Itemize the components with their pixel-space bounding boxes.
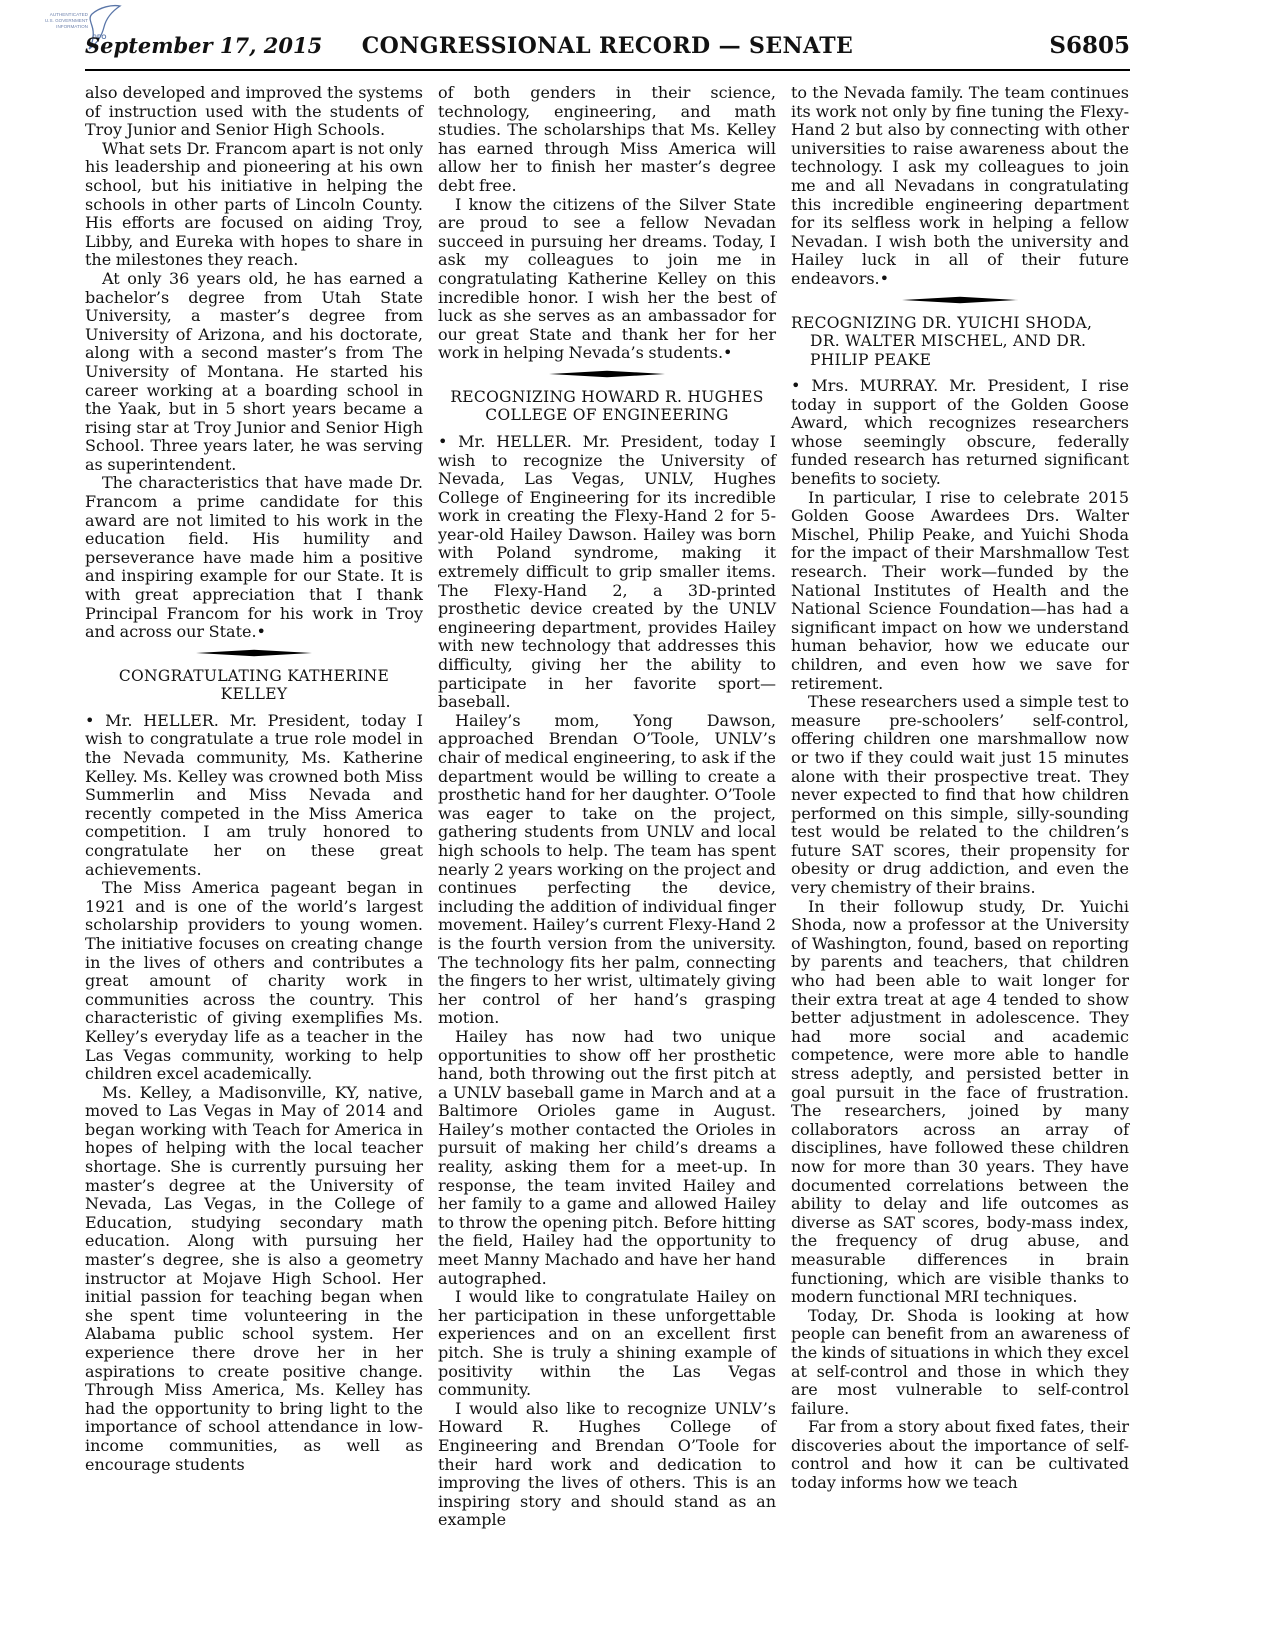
issue-date: September 17, 2015 <box>85 33 362 58</box>
separator-rule-icon <box>549 370 665 378</box>
heading-line: KELLEY <box>85 685 423 704</box>
article-separator <box>85 649 423 657</box>
seal-line-authenticated: AUTHENTICATED <box>50 12 89 17</box>
paragraph: In particular, I rise to celebrate 2015 … <box>791 489 1129 694</box>
congressional-record-page: AUTHENTICATED U.S. GOVERNMENT INFORMATIO… <box>0 0 1275 1650</box>
paragraph: of both genders in their science, techno… <box>438 84 776 196</box>
heading-line: COLLEGE OF ENGINEERING <box>438 406 776 425</box>
paragraph: The characteristics that have made Dr. F… <box>85 474 423 641</box>
columns: also developed and improved the systems … <box>85 84 1130 1530</box>
column-3: to the Nevada family. The team continues… <box>791 84 1129 1530</box>
paragraph: to the Nevada family. The team continues… <box>791 84 1129 289</box>
article-heading: RECOGNIZING DR. YUICHI SHODA,DR. WALTER … <box>791 314 1129 370</box>
article-heading: RECOGNIZING HOWARD R. HUGHESCOLLEGE OF E… <box>438 388 776 425</box>
header-rule <box>85 69 1130 71</box>
running-head: September 17, 2015 CONGRESSIONAL RECORD … <box>85 32 1130 59</box>
speech-paragraph: • Mrs. MURRAY. Mr. President, I rise tod… <box>791 377 1129 489</box>
separator-rule-icon <box>902 296 1018 304</box>
speech-paragraph: • Mr. HELLER. Mr. President, today I wis… <box>438 433 776 712</box>
paragraph: I would also like to recognize UNLV’s Ho… <box>438 1400 776 1530</box>
paragraph: At only 36 years old, he has earned a ba… <box>85 270 423 475</box>
paragraph: The Miss America pageant began in 1921 a… <box>85 879 423 1084</box>
paragraph: I know the citizens of the Silver State … <box>438 196 776 363</box>
paragraph: Hailey’s mom, Yong Dawson, approached Br… <box>438 712 776 1028</box>
article-separator <box>438 370 776 378</box>
column-1: also developed and improved the systems … <box>85 84 423 1530</box>
heading-line: RECOGNIZING HOWARD R. HUGHES <box>438 388 776 407</box>
article-heading: CONGRATULATING KATHERINEKELLEY <box>85 667 423 704</box>
publication-title: CONGRESSIONAL RECORD — SENATE <box>362 33 853 59</box>
seal-line-information: INFORMATION <box>56 24 88 29</box>
paragraph: What sets Dr. Francom apart is not only … <box>85 140 423 270</box>
heading-line: DR. WALTER MISCHEL, AND DR. <box>791 332 1129 351</box>
page-number: S6805 <box>853 32 1130 59</box>
heading-line: CONGRATULATING KATHERINE <box>85 667 423 686</box>
speech-paragraph: • Mr. HELLER. Mr. President, today I wis… <box>85 712 423 879</box>
paragraph: In their followup study, Dr. Yuichi Shod… <box>791 898 1129 1307</box>
paragraph: Today, Dr. Shoda is looking at how peopl… <box>791 1307 1129 1419</box>
paragraph: These researchers used a simple test to … <box>791 693 1129 898</box>
paragraph: Far from a story about fixed fates, thei… <box>791 1418 1129 1492</box>
paragraph: I would like to congratulate Hailey on h… <box>438 1288 776 1400</box>
heading-line: PHILIP PEAKE <box>791 351 1129 370</box>
column-2: of both genders in their science, techno… <box>438 84 776 1530</box>
heading-line: RECOGNIZING DR. YUICHI SHODA, <box>791 314 1129 333</box>
paragraph: also developed and improved the systems … <box>85 84 423 140</box>
paragraph: Hailey has now had two unique opportunit… <box>438 1028 776 1288</box>
seal-line-us-government: U.S. GOVERNMENT <box>45 18 88 23</box>
separator-rule-icon <box>196 649 312 657</box>
paragraph: Ms. Kelley, a Madisonville, KY, native, … <box>85 1084 423 1474</box>
article-separator <box>791 296 1129 304</box>
